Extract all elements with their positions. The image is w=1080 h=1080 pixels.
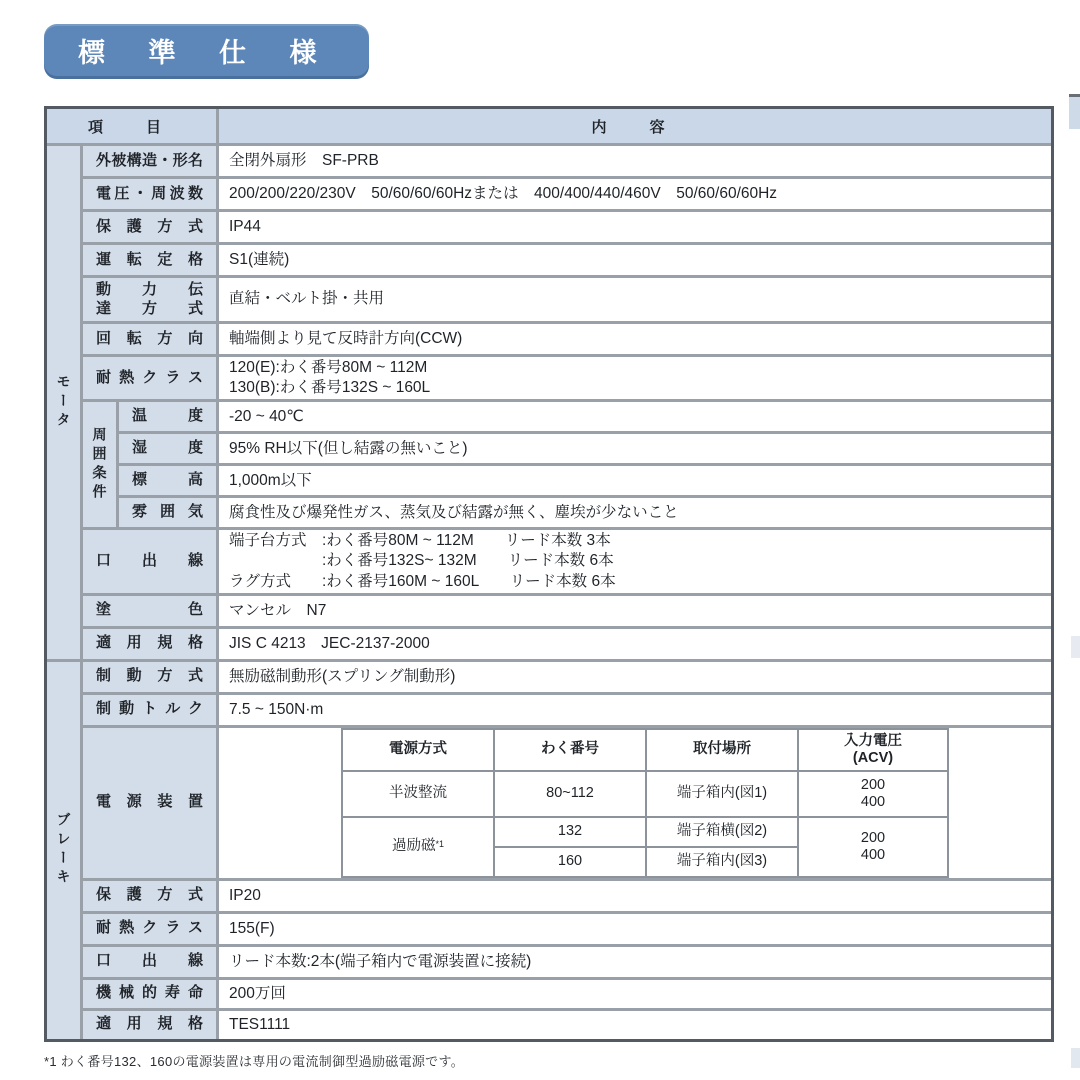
row-protection-motor: 保護方式 IP44 <box>83 212 1051 242</box>
edge-artifact <box>1069 94 1080 129</box>
row-value: 155(F) <box>219 914 1051 944</box>
row-temperature: 温度 -20 ~ 40℃ <box>119 402 1051 431</box>
row-label: 外被構造・形名 <box>83 146 216 176</box>
header-content-cell: 内 容 <box>219 109 1051 143</box>
row-label: 口出線 <box>83 947 216 977</box>
ps-header-method: 電源方式 <box>343 730 493 770</box>
row-enclosure: 外被構造・形名 全閉外扇形 SF-PRB <box>83 146 1051 176</box>
edge-artifact <box>1071 636 1080 658</box>
row-value: TES1111 <box>219 1011 1051 1039</box>
row-label: 回転方向 <box>83 324 216 354</box>
row-label: 運転定格 <box>83 245 216 275</box>
row-lead-wires-brake: 口出線 リード本数:2本(端子箱内で電源装置に接続) <box>83 947 1051 977</box>
row-label: 標高 <box>119 466 216 495</box>
row-thermal-class-brake: 耐熱クラス 155(F) <box>83 914 1051 944</box>
row-label: 湿度 <box>119 434 216 463</box>
row-value: 腐食性及び爆発性ガス、蒸気及び結露が無く、塵埃が少ないこと <box>219 498 1051 527</box>
row-value: 120(E):わく番号80M ~ 112M 130(B):わく番号132S ~ … <box>219 357 1051 399</box>
row-label: 適用規格 <box>83 1011 216 1039</box>
spec-table: 項 目 内 容 モータ 外被構造・形名 全閉外扇形 SF-PRB 電圧・周波数 … <box>44 106 1054 1042</box>
row-value: リード本数:2本(端子箱内で電源装置に接続) <box>219 947 1051 977</box>
row-value: JIS C 4213 JEC-2137-2000 <box>219 629 1051 659</box>
row-label: 電源装置 <box>83 728 216 878</box>
row-label: 動力伝 達方式 <box>83 278 216 321</box>
ambient-conditions-group: 周囲条件 温度 -20 ~ 40℃ 湿度 95% RH以下(但し結露の無いこと) <box>83 402 1051 527</box>
section-label-motor: モータ <box>47 146 80 659</box>
row-value: 1,000m以下 <box>219 466 1051 495</box>
row-label: 適用規格 <box>83 629 216 659</box>
brake-rows: 制動方式 無励磁制動形(スプリング制動形) 制動トルク 7.5 ~ 150N·m… <box>83 662 1051 1039</box>
ps-header-frame: わく番号 <box>495 730 645 770</box>
ps-cell-frame-1: 80~112 <box>495 772 645 816</box>
row-braking-torque: 制動トルク 7.5 ~ 150N·m <box>83 695 1051 725</box>
row-label: 耐熱クラス <box>83 357 216 399</box>
edge-artifact <box>1071 1048 1080 1068</box>
row-value: 全閉外扇形 SF-PRB <box>219 146 1051 176</box>
row-label: 機械的寿命 <box>83 980 216 1008</box>
row-humidity: 湿度 95% RH以下(但し結露の無いこと) <box>119 434 1051 463</box>
row-value: 95% RH以下(但し結露の無いこと) <box>219 434 1051 463</box>
row-label: 耐熱クラス <box>83 914 216 944</box>
row-braking-method: 制動方式 無励磁制動形(スプリング制動形) <box>83 662 1051 692</box>
ps-cell-method-2: 過励磁*1 <box>343 818 493 876</box>
row-label: 温度 <box>119 402 216 431</box>
row-power-supply: 電源装置 電源方式 わく番号 取付場所 入力電圧 (ACV) 半波整流 80~1… <box>83 728 1051 878</box>
row-value: -20 ~ 40℃ <box>219 402 1051 431</box>
ambient-rows: 温度 -20 ~ 40℃ 湿度 95% RH以下(但し結露の無いこと) 標高 1… <box>119 402 1051 527</box>
row-rotation-direction: 回転方向 軸端側より見て反時計方向(CCW) <box>83 324 1051 354</box>
ps-cell-frame-2a: 132 <box>495 818 645 846</box>
header-item-cell: 項 目 <box>47 109 216 143</box>
row-mechanical-life: 機械的寿命 200万回 <box>83 980 1051 1008</box>
section-label-brake: ブレーキ <box>47 662 80 1039</box>
ps-cell-place-1: 端子箱内(図1) <box>647 772 797 816</box>
row-value: 200万回 <box>219 980 1051 1008</box>
row-power-transmission: 動力伝 達方式 直結・ベルト掛・共用 <box>83 278 1051 321</box>
row-label: 塗色 <box>83 596 216 626</box>
row-value: 直結・ベルト掛・共用 <box>219 278 1051 321</box>
row-protection-brake: 保護方式 IP20 <box>83 881 1051 911</box>
ambient-group-label: 周囲条件 <box>83 402 116 527</box>
row-value: 電源方式 わく番号 取付場所 入力電圧 (ACV) 半波整流 80~112 端子… <box>219 728 1051 878</box>
row-label: 電圧・周波数 <box>83 179 216 209</box>
ps-cell-voltage-2: 200 400 <box>799 818 947 876</box>
page: 標 準 仕 様 項 目 内 容 モータ 外被構造・形名 全閉外扇形 SF-PRB… <box>44 24 1054 1070</box>
row-label: 保護方式 <box>83 881 216 911</box>
row-label: 制動トルク <box>83 695 216 725</box>
row-value: 端子台方式 :わく番号80M ~ 112M リード本数 3本 :わく番号132S… <box>219 530 1051 592</box>
row-standards-motor: 適用規格 JIS C 4213 JEC-2137-2000 <box>83 629 1051 659</box>
ps-cell-place-2b: 端子箱内(図3) <box>647 848 797 876</box>
row-label: 口出線 <box>83 530 216 592</box>
row-label: 保護方式 <box>83 212 216 242</box>
row-value: 軸端側より見て反時計方向(CCW) <box>219 324 1051 354</box>
ps-header-place: 取付場所 <box>647 730 797 770</box>
power-supply-table: 電源方式 わく番号 取付場所 入力電圧 (ACV) 半波整流 80~112 端子… <box>341 728 949 878</box>
page-title-badge: 標 準 仕 様 <box>44 24 369 79</box>
row-value: マンセル N7 <box>219 596 1051 626</box>
row-altitude: 標高 1,000m以下 <box>119 466 1051 495</box>
row-voltage-frequency: 電圧・周波数 200/200/220/230V 50/60/60/60Hzまたは… <box>83 179 1051 209</box>
table-body: モータ 外被構造・形名 全閉外扇形 SF-PRB 電圧・周波数 200/200/… <box>47 146 1051 1039</box>
ps-cell-frame-2b: 160 <box>495 848 645 876</box>
row-label: 制動方式 <box>83 662 216 692</box>
table-header-row: 項 目 内 容 <box>47 109 1051 143</box>
section-motor: モータ 外被構造・形名 全閉外扇形 SF-PRB 電圧・周波数 200/200/… <box>47 146 1051 659</box>
ps-cell-method-1: 半波整流 <box>343 772 493 816</box>
row-value: 無励磁制動形(スプリング制動形) <box>219 662 1051 692</box>
ps-header-voltage: 入力電圧 (ACV) <box>799 730 947 770</box>
row-paint-color: 塗色 マンセル N7 <box>83 596 1051 626</box>
motor-rows: 外被構造・形名 全閉外扇形 SF-PRB 電圧・周波数 200/200/220/… <box>83 146 1051 659</box>
footnote-text: *1 わく番号132、160の電源装置は専用の電流制御型過励磁電源です。 <box>44 1051 1054 1070</box>
row-value: 200/200/220/230V 50/60/60/60Hzまたは 400/40… <box>219 179 1051 209</box>
row-standards-brake: 適用規格 TES1111 <box>83 1011 1051 1039</box>
row-lead-wires-motor: 口出線 端子台方式 :わく番号80M ~ 112M リード本数 3本 :わく番号… <box>83 530 1051 592</box>
ps-cell-voltage-1: 200 400 <box>799 772 947 816</box>
row-value: IP44 <box>219 212 1051 242</box>
row-value: IP20 <box>219 881 1051 911</box>
row-label: 雰囲気 <box>119 498 216 527</box>
section-brake: ブレーキ 制動方式 無励磁制動形(スプリング制動形) 制動トルク 7.5 ~ 1… <box>47 662 1051 1039</box>
ps-cell-place-2a: 端子箱横(図2) <box>647 818 797 846</box>
row-atmosphere: 雰囲気 腐食性及び爆発性ガス、蒸気及び結露が無く、塵埃が少ないこと <box>119 498 1051 527</box>
row-duty-rating: 運転定格 S1(連続) <box>83 245 1051 275</box>
row-value: S1(連続) <box>219 245 1051 275</box>
row-thermal-class-motor: 耐熱クラス 120(E):わく番号80M ~ 112M 130(B):わく番号1… <box>83 357 1051 399</box>
row-value: 7.5 ~ 150N·m <box>219 695 1051 725</box>
